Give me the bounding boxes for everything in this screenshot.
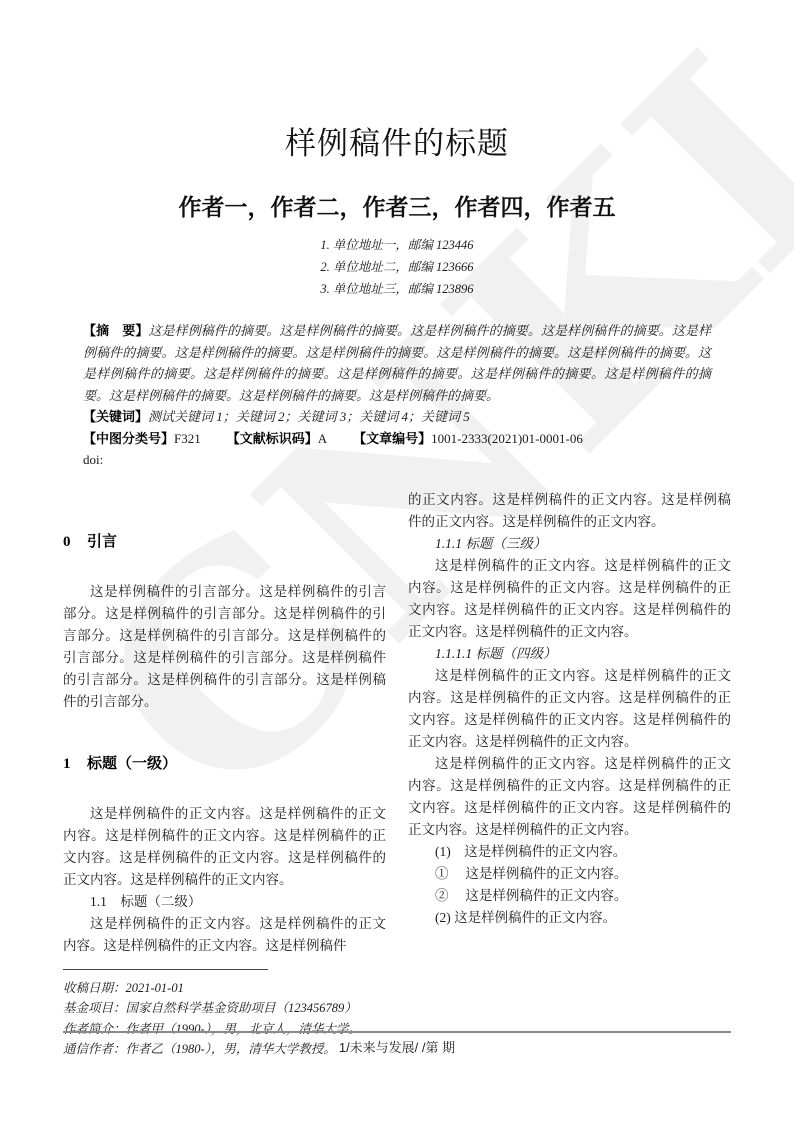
doi-line: doi:: [83, 449, 711, 471]
body-paragraph: 这是样例稿件的正文内容。这是样例稿件的正文内容。这是样例稿件的正文内容。这是样例…: [408, 753, 731, 841]
doc-code-value: A: [318, 431, 327, 446]
article-no-pair: 【文章编号】1001-2333(2021)01-0001-06: [353, 431, 583, 446]
affiliation-item: 1. 单位地址一，邮编 123446: [63, 234, 731, 256]
right-column: 的正文内容。这是样例稿件的正文内容。这是样例稿件的正文内容。这是样例稿件的正文内…: [408, 489, 731, 1060]
keywords-line: 【关键词】测试关键词 1；关键词 2；关键词 3；关键词 4；关键词 5: [83, 406, 711, 428]
body-paragraph-split-left: 这是样例稿件的正文内容。这是样例稿件的正文内容。这是样例稿件的正文内容。这是样例…: [63, 913, 386, 957]
body-paragraph: 这是样例稿件的正文内容。这是样例稿件的正文内容。这是样例稿件的正文内容。这是样例…: [408, 665, 731, 753]
page-content: 样例稿件的标题 作者一，作者二，作者三，作者四，作者五 1. 单位地址一，邮编 …: [0, 118, 794, 1060]
abstract-paragraph: 【摘 要】这是样例稿件的摘要。这是样例稿件的摘要。这是样例稿件的摘要。这是样例稿…: [83, 320, 711, 406]
affiliation-item: 3. 单位地址三，邮编 123896: [63, 278, 731, 300]
heading-level1-number: 1: [63, 756, 71, 772]
list-item: ② 这是样例稿件的正文内容。: [408, 885, 731, 907]
heading-level4: 1.1.1.1 标题（四级）: [408, 643, 731, 665]
footer-text: 1/未来与发展/ /第 期: [63, 1037, 731, 1056]
list-item: ① 这是样例稿件的正文内容。: [408, 863, 731, 885]
page-footer: 1/未来与发展/ /第 期: [63, 1031, 731, 1056]
intro-paragraph: 这是样例稿件的引言部分。这是样例稿件的引言部分。这是样例稿件的引言部分。这是样例…: [63, 581, 386, 713]
heading-intro-text: 引言: [87, 533, 117, 550]
affiliation-list: 1. 单位地址一，邮编 123446 2. 单位地址二，邮编 123666 3.…: [63, 234, 731, 300]
clc-pair: 【中图分类号】F321: [83, 431, 201, 446]
document-page: CNKI 样例稿件的标题 作者一，作者二，作者三，作者四，作者五 1. 单位地址…: [0, 0, 794, 1123]
heading-level3: 1.1.1 标题（三级）: [408, 533, 731, 555]
body-paragraph: 这是样例稿件的正文内容。这是样例稿件的正文内容。这是样例稿件的正文内容。这是样例…: [408, 555, 731, 643]
list-item: (1) 这是样例稿件的正文内容。: [408, 841, 731, 863]
meta-block: 【摘 要】这是样例稿件的摘要。这是样例稿件的摘要。这是样例稿件的摘要。这是样例稿…: [83, 320, 711, 471]
heading-level1-text: 标题（一级）: [87, 755, 177, 772]
clc-value: F321: [174, 431, 201, 446]
body-paragraph: 这是样例稿件的正文内容。这是样例稿件的正文内容。这是样例稿件的正文内容。这是样例…: [63, 803, 386, 891]
keywords-text: 测试关键词 1；关键词 2；关键词 3；关键词 4；关键词 5: [148, 409, 470, 424]
body-paragraph-split-right: 的正文内容。这是样例稿件的正文内容。这是样例稿件的正文内容。这是样例稿件的正文内…: [408, 489, 731, 533]
doc-code-pair: 【文献标识码】A: [227, 431, 327, 446]
heading-level2: 1.1 标题（二级）: [63, 891, 386, 913]
doc-code-label: 【文献标识码】: [227, 431, 318, 446]
two-column-body: 0引言 这是样例稿件的引言部分。这是样例稿件的引言部分。这是样例稿件的引言部分。…: [63, 489, 731, 1060]
classification-line: 【中图分类号】F321【文献标识码】A【文章编号】1001-2333(2021)…: [83, 428, 711, 450]
article-no-value: 1001-2333(2021)01-0001-06: [431, 431, 583, 446]
heading-level1: 1标题（一级）: [63, 753, 386, 775]
list-item: (2) 这是样例稿件的正文内容。: [408, 907, 731, 929]
author-line: 作者一，作者二，作者三，作者四，作者五: [63, 189, 731, 222]
abstract-text: 这是样例稿件的摘要。这是样例稿件的摘要。这是样例稿件的摘要。这是样例稿件的摘要。…: [83, 323, 711, 403]
abstract-label: 【摘 要】: [83, 323, 148, 338]
heading-intro: 0引言: [63, 531, 386, 553]
article-title: 样例稿件的标题: [63, 118, 731, 163]
article-no-label: 【文章编号】: [353, 431, 431, 446]
affiliation-item: 2. 单位地址二，邮编 123666: [63, 256, 731, 278]
footnote-received-date: 收稿日期：2021-01-01: [63, 978, 386, 999]
heading-intro-number: 0: [63, 534, 71, 550]
left-column: 0引言 这是样例稿件的引言部分。这是样例稿件的引言部分。这是样例稿件的引言部分。…: [63, 489, 386, 1060]
footnote-divider: [63, 969, 268, 970]
keywords-label: 【关键词】: [83, 409, 148, 424]
footnote-fund-project: 基金项目：国家自然科学基金资助项目（123456789）: [63, 998, 386, 1019]
clc-label: 【中图分类号】: [83, 431, 174, 446]
